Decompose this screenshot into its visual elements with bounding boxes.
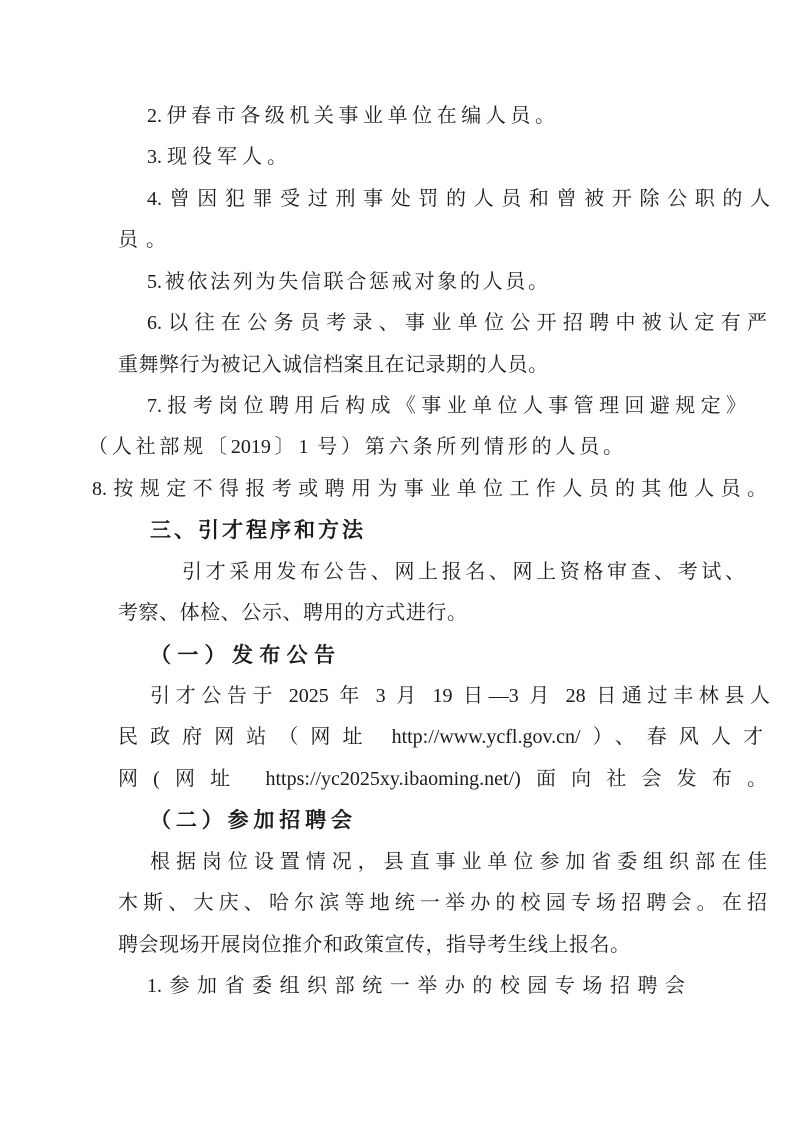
text-line: （人社部规〔2019〕1 号）第六条所列情形的人员。 <box>88 427 623 468</box>
text-line: 8.按规定不得报考或聘用为事业单位工作人员的其他人员。 <box>92 469 767 510</box>
subsection-heading: （一）发布公告 <box>150 635 335 676</box>
text-line: 7.报考岗位聘用后构成《事业单位人事管理回避规定》 <box>147 386 746 427</box>
subsection-heading: （二）参加招聘会 <box>150 800 352 841</box>
text-line: 引才公告于 2025 年 3 月 19 日—3 月 28 日通过丰林县人 <box>150 676 770 717</box>
text-line: 网(网址 https://yc2025xy.ibaoming.net/)面向社会… <box>118 759 767 800</box>
text-line: 考察、体检、公示、聘用的方式进行。 <box>118 593 467 634</box>
text-line: 重舞弊行为被记入诚信档案且在记录期的人员。 <box>118 345 548 386</box>
text-line: 聘会现场开展岗位推介和政策宣传，指导考生线上报名。 <box>118 925 630 966</box>
text-line: 引才采用发布公告、网上报名、网上资格审查、考试、 <box>182 552 745 593</box>
text-line: 员。 <box>118 220 166 261</box>
text-line: 木斯、大庆、哈尔滨等地统一举办的校园专场招聘会。在招 <box>118 883 767 924</box>
text-line: 1.参加省委组织部统一举办的校园专场招聘会 <box>147 966 685 1007</box>
document-page: 2.伊春市各级机关事业单位在编人员。3.现役军人。4.曾因犯罪受过刑事处罚的人员… <box>0 0 793 1122</box>
text-line: 3.现役军人。 <box>147 137 287 178</box>
section-heading: 三、引才程序和方法 <box>150 510 363 551</box>
text-line: 5.被依法列为失信联合惩戒对象的人员。 <box>147 262 548 303</box>
text-line: 2.伊春市各级机关事业单位在编人员。 <box>147 96 555 137</box>
text-line: 6.以往在公务员考录、事业单位公开招聘中被认定有严 <box>147 303 767 344</box>
text-line: 民政府网站（网址 http://www.ycfl.gov.cn/）、春风人才 <box>118 717 763 758</box>
text-line: 根据岗位设置情况，县直事业单位参加省委组织部在佳 <box>150 842 767 883</box>
text-line: 4.曾因犯罪受过刑事处罚的人员和曾被开除公职的人 <box>147 179 770 220</box>
